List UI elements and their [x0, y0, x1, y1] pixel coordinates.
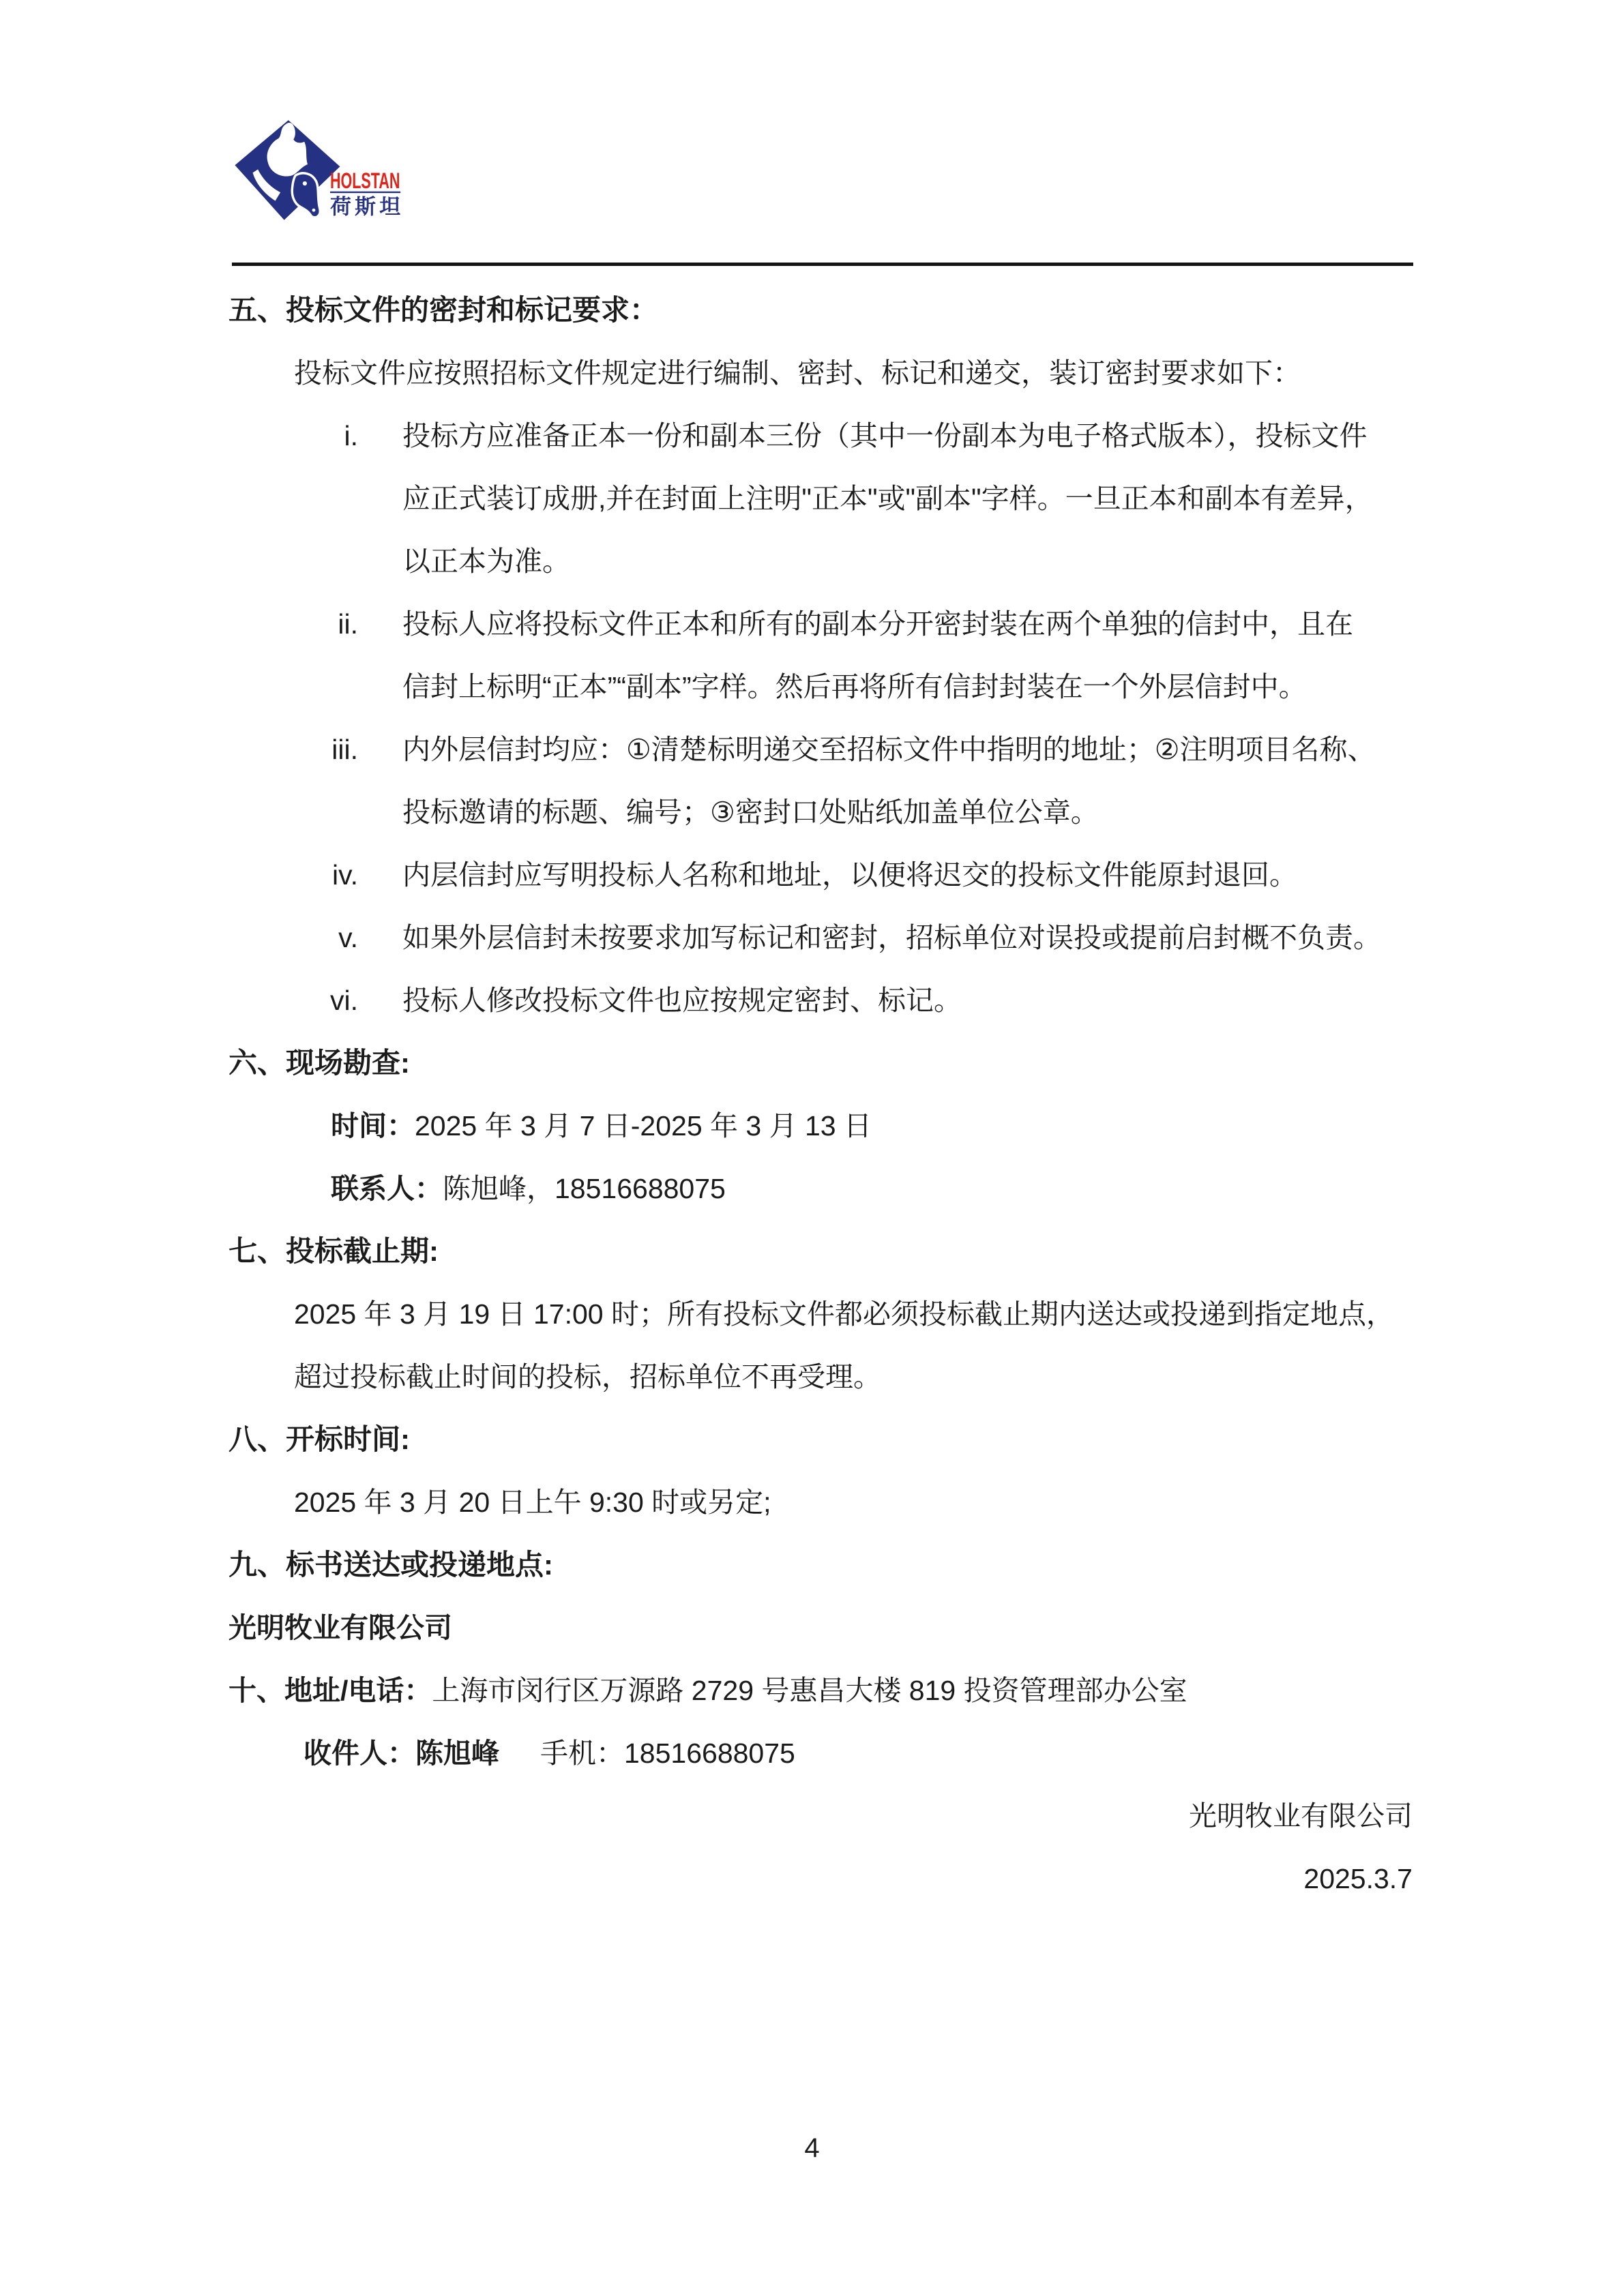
list-item: iii. 内外层信封均应：①清楚标明递交至招标文件中指明的地址；②注明项目名称、… [228, 718, 1413, 844]
section-9-heading: 九、标书送达或投递地点: [228, 1534, 1413, 1596]
contact-value: 陈旭峰，18516688075 [443, 1173, 726, 1204]
section-7-heading: 七、投标截止期: [228, 1220, 1413, 1283]
calf-eye-dot [303, 181, 307, 185]
time-label: 时间： [331, 1110, 415, 1142]
header-divider [232, 263, 1413, 266]
time-value: 2025 年 3 月 7 日-2025 年 3 月 13 日 [415, 1110, 872, 1142]
address-label: 十、地址/电话： [228, 1675, 432, 1706]
logo-wordmark: HOLSTAN [330, 168, 400, 193]
holstan-logo: HOLSTAN 荷斯坦 [225, 106, 450, 261]
list-item: i. 投标方应准备正本一份和副本三份（其中一份副本为电子格式版本），投标文件 应… [228, 404, 1413, 593]
list-item-text: 投标人应将投标文件正本和所有的副本分开密封装在两个单独的信封中，且在 信封上标明… [402, 593, 1353, 718]
signature-date: 2025.3.7 [228, 1847, 1413, 1910]
list-item: vi. 投标人修改投标文件也应按规定密封、标记。 [228, 969, 1413, 1032]
logo-wordmark-cn: 荷斯坦 [330, 195, 400, 219]
calf-head-icon [292, 173, 320, 218]
list-item-text: 投标方应准备正本一份和副本三份（其中一份副本为电子格式版本），投标文件 应正式装… [402, 404, 1373, 593]
section-5-heading: 五、投标文件的密封和标记要求： [228, 279, 1413, 342]
list-item-number: i. [228, 404, 358, 467]
logo-underline [330, 192, 400, 193]
section-8-heading: 八、开标时间: [228, 1408, 1413, 1471]
list-item-number: iii. [228, 718, 358, 781]
calf-nostril-dot [312, 209, 316, 212]
list-item-text: 内层信封应写明投标人名称和地址，以便将迟交的投标文件能原封退回。 [402, 844, 1297, 906]
contact-label: 联系人： [331, 1173, 443, 1204]
recipient-name: 收件人：陈旭峰 [304, 1738, 499, 1769]
section-8-body: 2025 年 3 月 20 日上午 9:30 时或另定; [228, 1471, 1413, 1534]
list-item-number: iv. [228, 844, 358, 906]
phone-label: 手机： [540, 1738, 624, 1769]
site-visit-contact-row: 联系人：陈旭峰，18516688075 [228, 1157, 1413, 1220]
list-item-number: v. [228, 906, 358, 969]
list-item: v. 如果外层信封未按要求加写标记和密封，招标单位对误投或提前启封概不负责。 [228, 906, 1413, 969]
section-5-intro: 投标文件应按照招标文件规定进行编制、密封、标记和递交，装订密封要求如下： [228, 342, 1413, 404]
list-item: ii. 投标人应将投标文件正本和所有的副本分开密封装在两个单独的信封中，且在 信… [228, 593, 1413, 718]
list-item-text: 投标人修改投标文件也应按规定密封、标记。 [402, 969, 962, 1032]
list-item-number: ii. [228, 593, 358, 655]
recipient-phone: 手机：18516688075 [540, 1738, 795, 1769]
recipient-row: 收件人：陈旭峰手机：18516688075 [228, 1722, 1413, 1785]
document-page: HOLSTAN 荷斯坦 五、投标文件的密封和标记要求： 投标文件应按照招标文件规… [0, 0, 1624, 2296]
address-value: 上海市闵行区万源路 2729 号惠昌大楼 819 投资管理部办公室 [432, 1675, 1187, 1706]
signature-company: 光明牧业有限公司 [228, 1785, 1413, 1847]
list-item-text: 如果外层信封未按要求加写标记和密封，招标单位对误投或提前启封概不负责。 [402, 906, 1381, 969]
section-10-heading: 十、地址/电话：上海市闵行区万源路 2729 号惠昌大楼 819 投资管理部办公… [228, 1659, 1413, 1722]
delivery-company-name: 光明牧业有限公司 [228, 1596, 1413, 1659]
section-6-heading: 六、现场勘查: [228, 1032, 1413, 1094]
phone-value: 18516688075 [624, 1738, 795, 1769]
page-number: 4 [0, 2133, 1624, 2164]
list-item-number: vi. [228, 969, 358, 1032]
list-item: iv. 内层信封应写明投标人名称和地址，以便将迟交的投标文件能原封退回。 [228, 844, 1413, 906]
site-visit-time-row: 时间：2025 年 3 月 7 日-2025 年 3 月 13 日 [228, 1094, 1413, 1157]
holstan-logo-graphic: HOLSTAN 荷斯坦 [225, 106, 450, 261]
document-body: 五、投标文件的密封和标记要求： 投标文件应按照招标文件规定进行编制、密封、标记和… [228, 279, 1413, 1910]
section-7-body: 2025 年 3 月 19 日 17:00 时；所有投标文件都必须投标截止期内送… [228, 1283, 1413, 1408]
list-item-text: 内外层信封均应：①清楚标明递交至招标文件中指明的地址；②注明项目名称、 投标邀请… [402, 718, 1376, 844]
